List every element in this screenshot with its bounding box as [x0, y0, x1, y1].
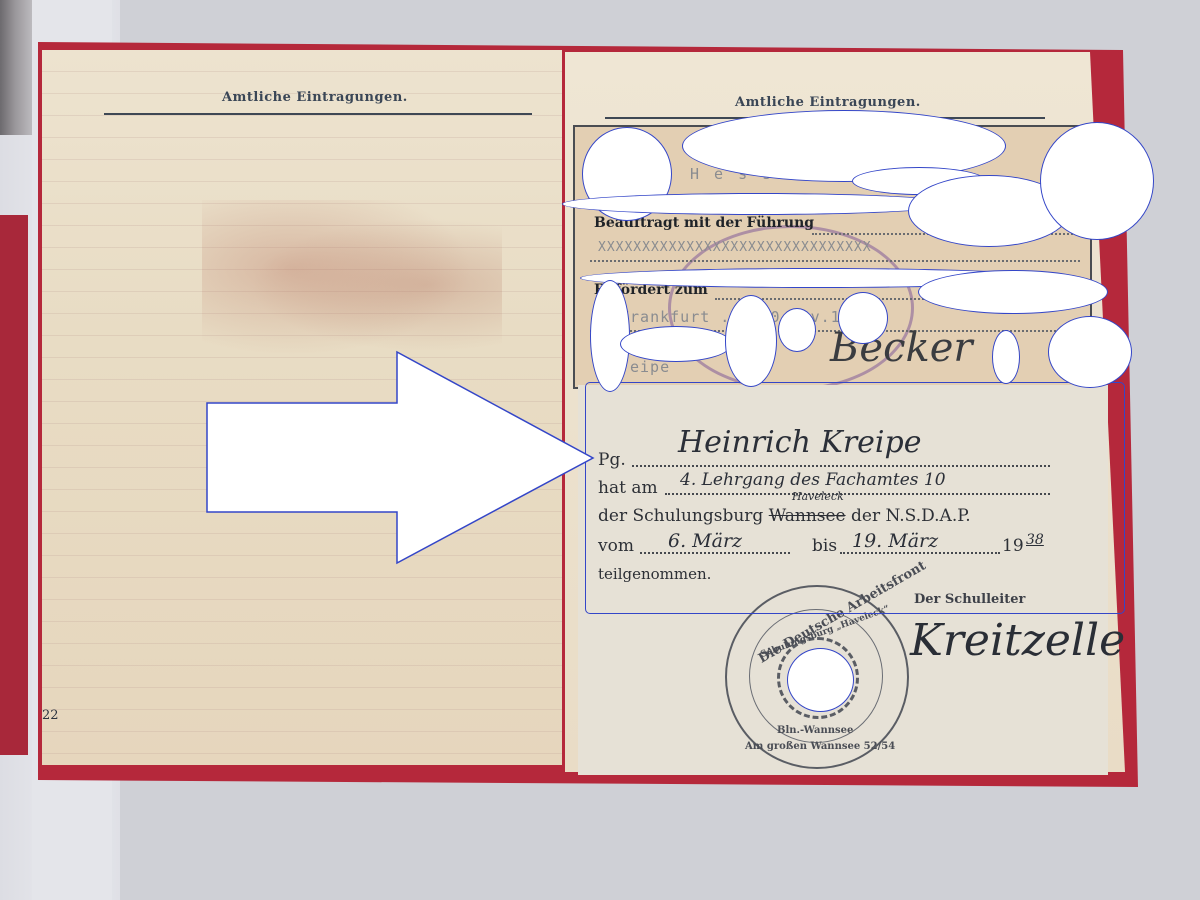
redaction-mark: [778, 308, 816, 352]
redaction-mark: [620, 326, 732, 362]
left-page-heading: Amtliche Eintragungen.: [222, 90, 408, 105]
page-stains: [202, 200, 502, 370]
redaction-mark: [562, 193, 954, 215]
dotted-line: [590, 260, 1080, 262]
stamp-bottom-line-1: Bln.-Wannsee: [777, 725, 853, 736]
redaction-mark: [992, 330, 1020, 384]
typed-x-filler: XXXXXXXXXXXXXXXXXXXXXXXXXXXXXXX: [598, 240, 872, 255]
left-heading-rule: [104, 113, 532, 115]
redaction-mark: [1040, 122, 1154, 240]
redaction-mark: [1048, 316, 1132, 388]
highlight-outline: [585, 382, 1125, 614]
redaction-mark: [787, 648, 854, 712]
background-red-cover: [0, 215, 28, 755]
pointer-arrow-icon: [205, 350, 595, 565]
redaction-mark: [838, 292, 888, 344]
signatory-signature: Kreitzelle: [910, 615, 1125, 666]
page-number: 22: [42, 708, 59, 723]
redaction-mark: [918, 270, 1108, 314]
stamp-bottom-line-2: Am großen Wannsee 52/54: [745, 741, 895, 752]
right-page-heading: Amtliche Eintragungen.: [735, 95, 921, 110]
redaction-mark: [725, 295, 777, 387]
